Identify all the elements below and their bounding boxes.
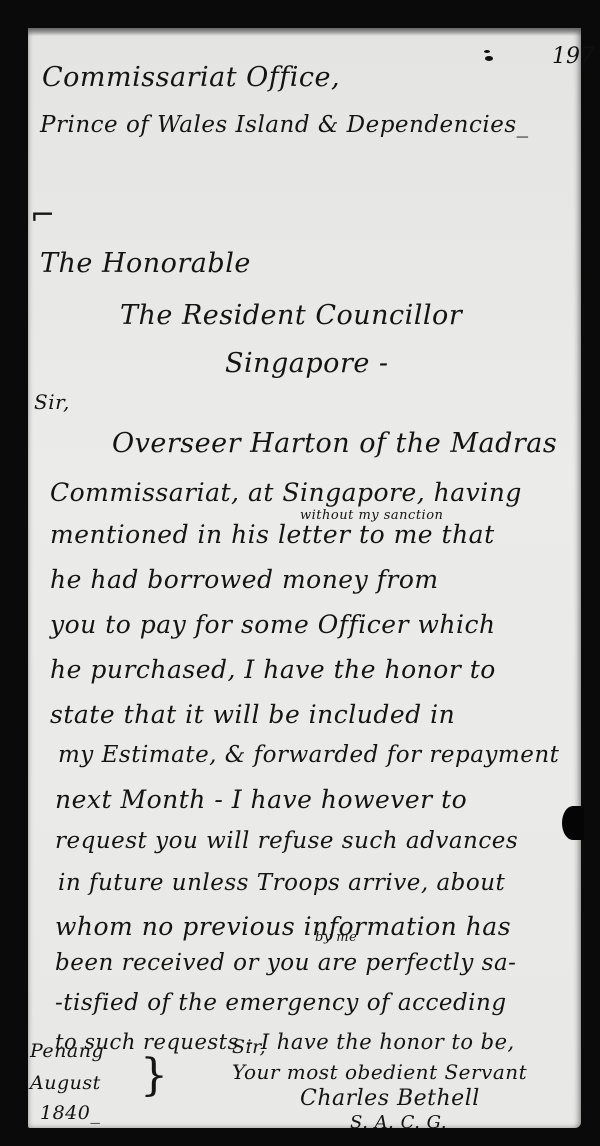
body-line-12: whom no previous information has — [55, 912, 511, 941]
ink-spots — [484, 50, 494, 60]
body-line-10: request you will refuse such advances — [55, 828, 518, 854]
body-line-8: my Estimate, & forwarded for repayment — [58, 742, 559, 768]
body-line-11: in future unless Troops arrive, about — [58, 870, 505, 896]
body-line-9: next Month - I have however to — [55, 785, 467, 814]
body-line-5: you to pay for some Officer which — [50, 610, 496, 639]
body-line-13: been received or you are perfectly sa- — [55, 950, 516, 976]
interlinear-by-me: by me — [315, 930, 357, 945]
body-line-14: -tisfied of the emergency of acceding — [55, 990, 507, 1016]
closing-line: Your most obedient Servant — [232, 1060, 527, 1084]
header-office: Commissariat Office, — [42, 62, 340, 93]
wax-seal-mark — [562, 806, 584, 840]
margin-mark: ⌐ — [30, 198, 56, 233]
signature-title: S. A. C. G. — [350, 1112, 447, 1133]
salutation: Sir, — [34, 390, 70, 414]
addressee-title: The Resident Councillor — [120, 300, 462, 331]
margin-note-month: August — [30, 1072, 101, 1094]
body-line-6: he purchased, I have the honor to — [50, 655, 496, 684]
margin-bracket: } — [140, 1050, 168, 1101]
body-line-1: Overseer Harton of the Madras — [112, 428, 557, 459]
page-top-edge — [28, 28, 581, 36]
body-line-2: Commissariat, at Singapore, having — [50, 478, 522, 507]
body-line-4: he had borrowed money from — [50, 565, 439, 594]
body-line-3: mentioned in his letter to me that — [50, 520, 495, 549]
body-line-7: state that it will be included in — [50, 700, 455, 729]
page-number: 197 — [552, 44, 594, 69]
margin-note-place: Penang — [30, 1040, 104, 1062]
signature-name: Charles Bethell — [300, 1086, 480, 1111]
header-location: Prince of Wales Island & Dependencies_ — [40, 112, 529, 138]
margin-note-year: 1840_ — [40, 1102, 100, 1124]
addressee-honorific: The Honorable — [40, 248, 251, 279]
body-line-15: to such requests - I have the honor to b… — [55, 1030, 515, 1054]
addressee-place: Singapore - — [225, 348, 389, 379]
closing-sir: Sir, — [232, 1036, 266, 1058]
